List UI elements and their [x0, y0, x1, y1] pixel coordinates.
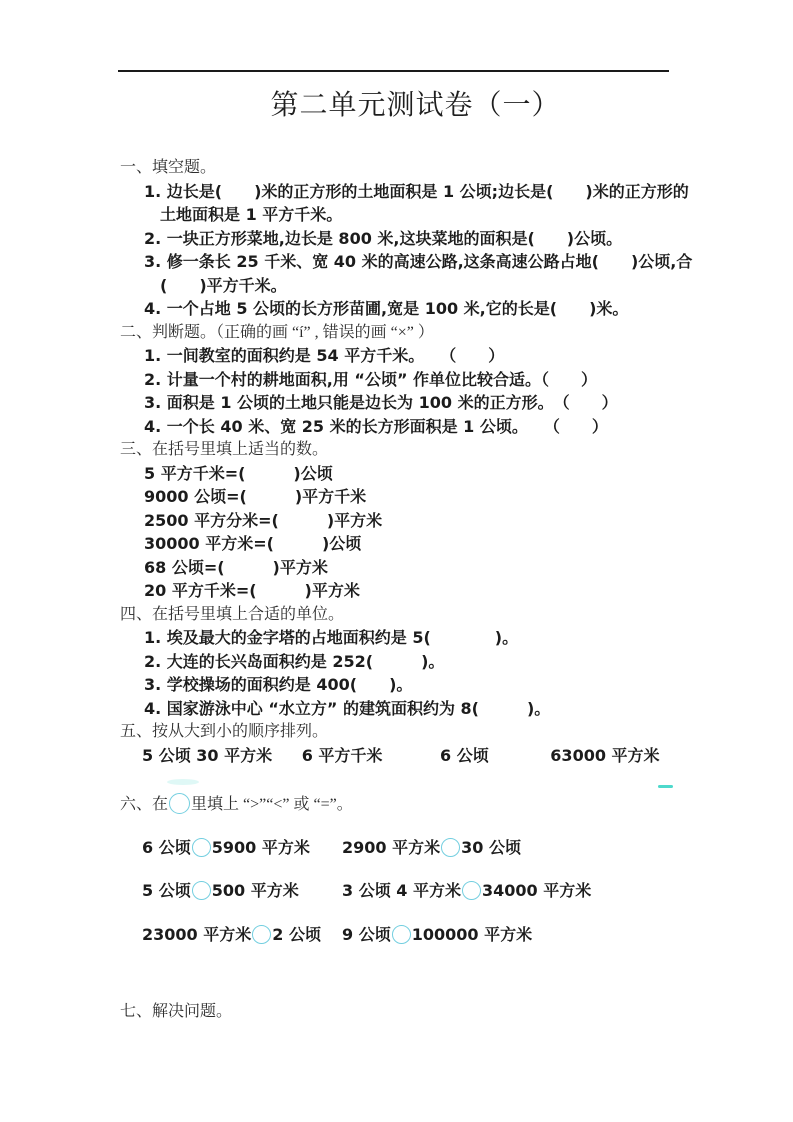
compare-row-2: 5 公顷500 平方米 3 公顷 4 平方米34000 平方米: [120, 869, 686, 913]
judge-line-2: 2. 计量一个村的耕地面积,用 “公顷” 作单位比较合适。（ ）: [144, 368, 686, 392]
compare-right: 30 公顷: [461, 838, 521, 857]
compare-right: 100000 平方米: [412, 925, 532, 944]
worksheet-content: 一、填空题。 1. 边长是( )米的正方形的土地面积是 1 公顷;边长是( )米…: [120, 156, 686, 1024]
compare-left: 5 公顷: [142, 881, 191, 900]
compare-pair: 5 公顷500 平方米: [142, 879, 342, 903]
blank-circle-icon: [392, 925, 411, 944]
judge-line-3: 3. 面积是 1 公顷的土地只能是边长为 100 米的正方形。 （ ）: [144, 391, 686, 415]
page-title: 第二单元测试卷（一）: [0, 86, 793, 126]
compare-right: 34000 平方米: [482, 881, 591, 900]
compare-left: 3 公顷 4 平方米: [342, 881, 461, 900]
compare-pair: 9 公顷100000 平方米: [342, 923, 532, 947]
convert-line-3: 2500 平方分米=( )平方米: [144, 509, 686, 533]
compare-left: 2900 平方米: [342, 838, 440, 857]
section-heading-fill-blanks: 一、填空题。: [120, 156, 686, 180]
fill-blank-line-1: 1. 边长是( )米的正方形的土地面积是 1 公顷;边长是( )米的正方形的: [144, 180, 686, 204]
compare-row-1: 6 公顷5900 平方米 2900 平方米30 公顷: [120, 826, 686, 870]
compare-heading-suffix: 里填上 “>”“<” 或 “=”。: [191, 796, 353, 813]
section-heading-convert: 三、在括号里填上适当的数。: [120, 438, 686, 462]
convert-line-5: 68 公顷=( )平方米: [144, 556, 686, 580]
blank-circle-icon: [441, 838, 460, 857]
units-line-3: 3. 学校操场的面积约是 400( )。: [144, 673, 686, 697]
blank-circle-icon: [462, 881, 481, 900]
fill-blank-line-2: 2. 一块正方形菜地,边长是 800 米,这块菜地的面积是( )公顷。: [144, 227, 686, 251]
convert-line-2: 9000 公顷=( )平方千米: [144, 485, 686, 509]
units-line-1: 1. 埃及最大的金字塔的占地面积约是 5( )。: [144, 626, 686, 650]
section-heading-compare: 六、在里填上 “>”“<” 或 “=”。: [120, 793, 686, 817]
fill-blank-line-3: 3. 修一条长 25 千米、宽 40 米的高速公路,这条高速公路占地( )公顷,…: [144, 250, 686, 274]
worksheet-page: 第二单元测试卷（一） 一、填空题。 1. 边长是( )米的正方形的土地面积是 1…: [0, 0, 793, 1122]
fill-blank-line-4: 4. 一个占地 5 公顷的长方形苗圃,宽是 100 米,它的长是( )米。: [144, 297, 686, 321]
compare-row-3: 23000 平方米2 公顷 9 公顷100000 平方米: [120, 913, 686, 957]
convert-line-1: 5 平方千米=( )公顷: [144, 462, 686, 486]
compare-pair: 2900 平方米30 公顷: [342, 836, 521, 860]
section-heading-order: 五、按从大到小的顺序排列。: [120, 720, 686, 744]
convert-line-4: 30000 平方米=( )公顷: [144, 532, 686, 556]
teal-dash-mark: [658, 785, 673, 788]
blank-circle-icon: [252, 925, 271, 944]
order-item-2: 6 平方千米: [302, 746, 383, 765]
order-item-4: 63000 平方米: [550, 746, 659, 765]
convert-line-6: 20 平方千米=( )平方米: [144, 579, 686, 603]
units-line-4: 4. 国家游泳中心 “水立方” 的建筑面积约为 8( )。: [144, 697, 686, 721]
title-rule: [118, 70, 669, 72]
compare-left: 23000 平方米: [142, 925, 251, 944]
compare-right: 500 平方米: [212, 881, 299, 900]
fill-blank-line-3b: ( )平方千米。: [160, 274, 686, 298]
section-heading-judge: 二、判断题。（正确的画 “í” , 错误的画 “×” ）: [120, 321, 686, 345]
fill-blank-line-1b: 土地面积是 1 平方千米。: [160, 203, 686, 227]
units-line-2: 2. 大连的长兴岛面积约是 252( )。: [144, 650, 686, 674]
blank-circle-icon: [169, 793, 190, 814]
section-heading-units: 四、在括号里填上合适的单位。: [120, 603, 686, 627]
compare-right: 5900 平方米: [212, 838, 310, 857]
judge-line-1: 1. 一间教室的面积约是 54 平方千米。 （ ）: [144, 344, 686, 368]
judge-line-4: 4. 一个长 40 米、宽 25 米的长方形面积是 1 公顷。 （ ）: [144, 415, 686, 439]
teal-smudge-mark: [167, 779, 199, 785]
order-item-1: 5 公顷 30 平方米: [142, 746, 272, 765]
blank-circle-icon: [192, 881, 211, 900]
blank-circle-icon: [192, 838, 211, 857]
order-items-row: 5 公顷 30 平方米 6 平方千米 6 公顷 63000 平方米: [120, 744, 686, 768]
compare-left: 6 公顷: [142, 838, 191, 857]
compare-pair: 23000 平方米2 公顷: [142, 923, 342, 947]
order-item-3: 6 公顷: [440, 746, 489, 765]
compare-pair: 3 公顷 4 平方米34000 平方米: [342, 879, 591, 903]
compare-pair: 6 公顷5900 平方米: [142, 836, 342, 860]
compare-rows: 6 公顷5900 平方米 2900 平方米30 公顷 5 公顷500 平方米 3…: [120, 826, 686, 957]
compare-right: 2 公顷: [272, 925, 321, 944]
compare-heading-prefix: 六、在: [120, 796, 168, 813]
section-heading-solve: 七、解决问题。: [120, 1000, 686, 1024]
compare-left: 9 公顷: [342, 925, 391, 944]
